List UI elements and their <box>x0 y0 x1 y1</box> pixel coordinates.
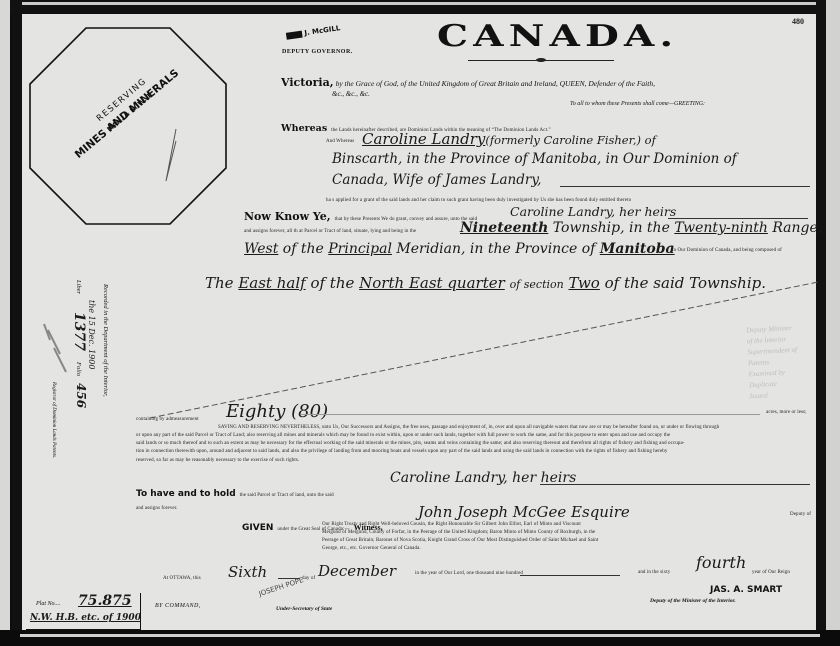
fill-line <box>300 414 760 415</box>
scan-edge-left <box>0 0 10 646</box>
fill-line <box>540 484 810 485</box>
governor-line-4: George, etc., etc. Governor General of C… <box>322 546 421 551</box>
date-day: Sixth <box>228 563 267 581</box>
plat-box: Plat No.... 75.875 N.W. H.B. etc. of 190… <box>26 593 141 630</box>
province-name: Manitoba <box>600 241 675 257</box>
year-text: in the year of Our Lord, one thousand ni… <box>415 571 523 576</box>
plat-note: N.W. H.B. etc. of 1900 <box>30 613 141 623</box>
page-number: 480 <box>792 17 804 26</box>
by-command-label: BY COMMAND, <box>155 603 201 609</box>
victoria-label: Victoria, <box>281 76 334 89</box>
range-number: Twenty-ninth <box>674 220 768 236</box>
reservation-line-4: tion in connection therewith upon, aroun… <box>136 449 668 454</box>
township-number: Nineteenth <box>460 220 548 236</box>
grantee-spouse: Canada, Wife of James Landry, <box>332 172 541 188</box>
scan-border-left <box>12 0 22 646</box>
scanned-document: 480 J. McGILL DEPUTY GOVERNOR. CANADA. R… <box>0 0 840 646</box>
now-know-ye-label: Now Know Ye, <box>244 210 331 223</box>
scan-border-bottom <box>0 630 840 646</box>
range-label: Range, <box>772 220 822 236</box>
habendum-text: the said Parcel or Tract of land, unto t… <box>240 493 334 498</box>
reservation-line-2: or upon any part of the said Parcel or T… <box>136 433 670 438</box>
registry-folio-number: 456 <box>74 383 88 408</box>
faint-margin-notes: Deputy Minister of the Interior Superint… <box>746 323 800 402</box>
grantee-residence: Binscarth, in the Province of Manitoba, … <box>332 151 737 167</box>
scan-edge-top <box>20 2 820 5</box>
deputy-governor-title: DEPUTY GOVERNOR. <box>282 49 353 55</box>
governor-line-2: Melgund of Melgund, County of Forfar, in… <box>322 530 595 535</box>
assigns-text: and assigns forever, all th at Parcel or… <box>244 229 416 234</box>
grace-text: by the Grace of God, of the United Kingd… <box>336 79 655 88</box>
reserve-stamp-octagon <box>28 26 228 226</box>
dominion-text: in Our Dominion of Canada, and being com… <box>672 248 782 253</box>
at-ottawa-label: At OTTAWA, this <box>163 576 201 581</box>
registry-registrar: Registrar of Dominion Lands Patents. <box>51 382 56 458</box>
meridian-name: Principal <box>328 241 392 257</box>
fill-line <box>668 218 808 219</box>
reservation-line-5: reserved, so far as may be reasonably ne… <box>136 458 299 463</box>
location-line: Nineteenth Township, in the Twenty-ninth… <box>460 220 822 236</box>
acreage-amount: Eighty (80) <box>226 401 328 422</box>
scan-edge-right <box>826 0 840 646</box>
township-label: Township, in the <box>553 220 670 236</box>
grant-clause: Now Know Ye, that by these Presents We d… <box>244 207 477 225</box>
to-have-and-to-hold-label: To have and to hold <box>136 489 236 499</box>
habendum-line: To have and to hold the said Parcel or T… <box>136 483 334 501</box>
whereas-label: Whereas <box>281 123 327 134</box>
registry-liber-label: Liber <box>75 280 82 294</box>
document-title: CANADA. <box>437 19 678 54</box>
check-mark-icon <box>166 129 176 181</box>
grantee-name: Caroline Landry <box>362 130 485 148</box>
registry-recorded: Recorded in the Department of the Interi… <box>102 284 109 397</box>
fill-line <box>520 575 620 576</box>
reign-suffix: year of Our Reign <box>752 570 790 575</box>
etc-text: &c., &c., &c. <box>332 90 370 98</box>
meridian-direction: West <box>244 241 278 257</box>
preamble: Victoria, by the Grace of God, of the Un… <box>281 76 655 89</box>
greeting-text: To all to whom these Presents shall come… <box>570 101 705 107</box>
governor-line-3: Peerage of Great Britain; Baronet of Nov… <box>322 538 598 543</box>
acres-more-or-less: acres, more or less; <box>766 410 807 415</box>
stamp-ink-blot <box>286 30 303 39</box>
witness-name: John Joseph McGee Esquire <box>418 503 630 521</box>
governor-line-1: Our Right Trusty and Right Well-beloved … <box>322 522 581 527</box>
registry-date: the 15 Dec. 1900 <box>87 300 96 369</box>
scan-edge-bottom <box>20 634 820 637</box>
cancel-diagonal-line <box>150 280 820 420</box>
fill-line <box>560 186 810 187</box>
reign-text: and in the sixty <box>638 570 670 575</box>
plat-number: 75.875 <box>78 593 132 609</box>
secretary-title: Under-Secretary of State <box>276 606 332 612</box>
applied-text: ha s applied for a grant of the said lan… <box>326 198 631 203</box>
grant-text: that by these Presents We do grant, conv… <box>335 217 478 222</box>
title-ornament <box>536 58 546 62</box>
grantee-former-name: (formerly Caroline Fisher,) of <box>485 133 655 147</box>
meridian-of: of the <box>283 241 324 257</box>
grant-grantee: Caroline Landry, her heirs <box>510 204 676 219</box>
registry-initials-scribble <box>40 320 80 380</box>
meridian-line: West of the Principal Meridian, in the P… <box>244 241 675 257</box>
reservation-line-3: said lands or so much thereof and to suc… <box>136 441 685 446</box>
deputy-of-label: Deputy of <box>790 512 811 517</box>
reign-year: fourth <box>696 553 746 572</box>
given-label: GIVEN <box>242 523 273 533</box>
and-whereas-label: And Whereas <box>326 139 354 144</box>
grantee-line-1: Caroline Landry(formerly Caroline Fisher… <box>362 130 656 148</box>
containing-label: containing by admeasurement <box>136 417 199 422</box>
meridian-label: Meridian, in the Province of <box>396 241 595 257</box>
habendum-assigns: and assigns forever. <box>136 506 178 511</box>
minister-title: Deputy of the Minister of the Interior. <box>650 598 736 604</box>
minister-stamp: JAS. A. SMART <box>710 585 782 595</box>
date-month: December <box>318 562 396 580</box>
saving-reserving-text: SAVING AND RESERVING NEVERTHELESS, unto … <box>218 425 719 430</box>
plat-label: Plat No.... <box>36 601 61 607</box>
